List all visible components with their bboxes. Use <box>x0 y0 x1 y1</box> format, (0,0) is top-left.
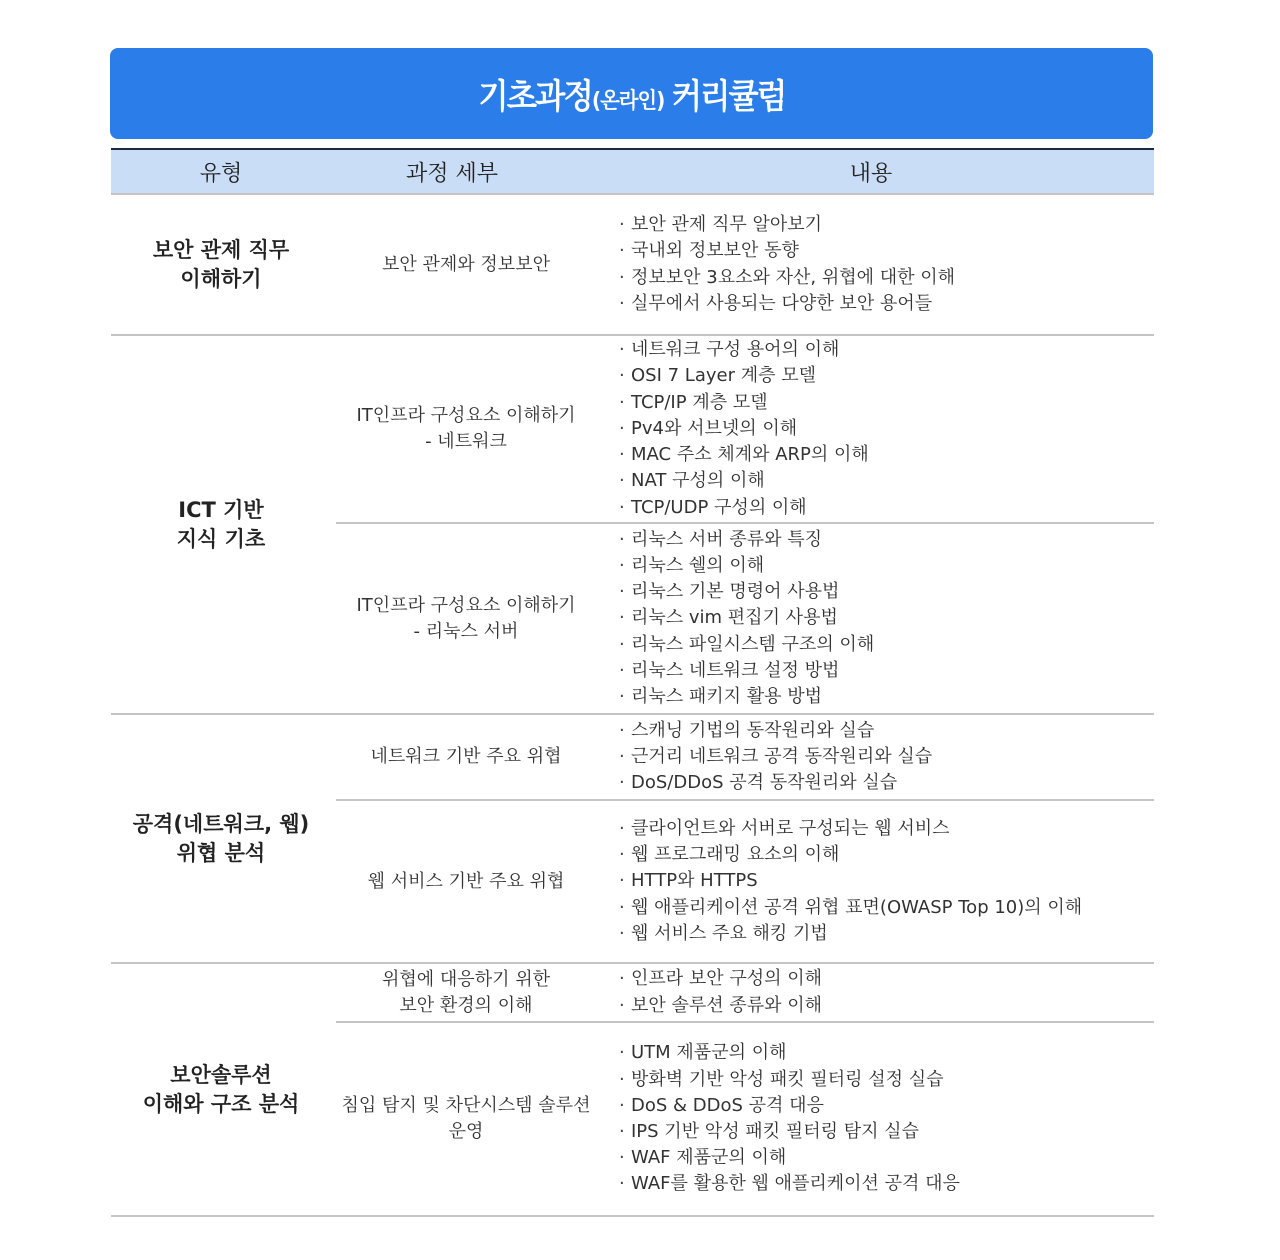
section-ict-basics: ICT 기반 지식 기초 IT인프라 구성요소 이해하기 - 네트워크 네트워크… <box>111 336 1154 715</box>
list-item: Pv4와 서브넷의 이해 <box>619 416 869 442</box>
subsection: 위협에 대응하기 위한 보안 환경의 이해 인프라 보안 구성의 이해 보안 솔… <box>336 964 1154 1023</box>
subsection: IT인프라 구성요소 이해하기 - 네트워크 네트워크 구성 용어의 이해 OS… <box>336 336 1154 524</box>
list-item: NAT 구성의 이해 <box>619 468 869 494</box>
section-attack-threat-analysis: 공격(네트워크, 웹) 위협 분석 네트워크 기반 주요 위협 스캐닝 기법의 … <box>111 715 1154 964</box>
content-list: 클라이언트와 서버로 구성되는 웹 서비스 웹 프로그래밍 요소의 이해 HTT… <box>619 801 1082 962</box>
course-detail: IT인프라 구성요소 이해하기 - 네트워크 <box>336 336 596 522</box>
list-item: 보안 솔루션 종류와 이해 <box>619 993 822 1019</box>
list-item: WAF 제품군의 이해 <box>619 1145 960 1171</box>
course-detail: 웹 서비스 기반 주요 위협 <box>336 801 596 962</box>
list-item: 정보보안 3요소와 자산, 위협에 대한 이해 <box>619 265 955 291</box>
course-detail: IT인프라 구성요소 이해하기 - 리눅스 서버 <box>336 524 596 713</box>
category-label: 보안 관제 직무 이해하기 <box>111 195 331 334</box>
page-title: 기초과정 (온라인) 커리큘럼 <box>478 69 785 118</box>
list-item: 리눅스 패키지 활용 방법 <box>619 684 874 710</box>
column-header-type: 유형 <box>200 156 243 187</box>
course-detail: 침입 탐지 및 차단시스템 솔루션 운영 <box>336 1023 596 1215</box>
subsection: 웹 서비스 기반 주요 위협 클라이언트와 서버로 구성되는 웹 서비스 웹 프… <box>336 801 1154 962</box>
list-item: OSI 7 Layer 계층 모델 <box>619 363 869 389</box>
content-list: 스캐닝 기법의 동작원리와 실습 근거리 네트워크 공격 동작원리와 실습 Do… <box>619 715 932 799</box>
table-header: 유형 과정 세부 내용 <box>111 148 1154 195</box>
content-list: 보안 관제 직무 알아보기 국내외 정보보안 동향 정보보안 3요소와 자산, … <box>619 195 955 334</box>
list-item: 보안 관제 직무 알아보기 <box>619 212 955 238</box>
list-item: 방화벽 기반 악성 패킷 필터링 설정 실습 <box>619 1067 960 1093</box>
course-detail: 보안 관제와 정보보안 <box>336 195 596 334</box>
title-sub: (온라인) <box>592 84 665 115</box>
list-item: WAF를 활용한 웹 애플리케이션 공격 대응 <box>619 1171 960 1197</box>
list-item: 클라이언트와 서버로 구성되는 웹 서비스 <box>619 816 1082 842</box>
list-item: 리눅스 기본 명령어 사용법 <box>619 579 874 605</box>
section-security-solutions: 보안솔루션 이해와 구조 분석 위협에 대응하기 위한 보안 환경의 이해 인프… <box>111 964 1154 1217</box>
list-item: TCP/UDP 구성의 이해 <box>619 495 869 521</box>
content-list: UTM 제품군의 이해 방화벽 기반 악성 패킷 필터링 설정 실습 DoS &… <box>619 1023 960 1215</box>
list-item: 네트워크 구성 용어의 이해 <box>619 337 869 363</box>
list-item: 리눅스 파일시스템 구조의 이해 <box>619 632 874 658</box>
category-label: 공격(네트워크, 웹) 위협 분석 <box>111 715 331 962</box>
category-label: ICT 기반 지식 기초 <box>111 336 331 713</box>
list-item: 국내외 정보보안 동향 <box>619 238 955 264</box>
category-label: 보안솔루션 이해와 구조 분석 <box>111 964 331 1215</box>
course-detail: 네트워크 기반 주요 위협 <box>336 715 596 799</box>
list-item: 웹 애플리케이션 공격 위협 표면(OWASP Top 10)의 이해 <box>619 895 1082 921</box>
list-item: 리눅스 쉘의 이해 <box>619 553 874 579</box>
course-detail: 위협에 대응하기 위한 보안 환경의 이해 <box>336 964 596 1021</box>
list-item: 리눅스 vim 편집기 사용법 <box>619 605 874 631</box>
list-item: DoS & DDoS 공격 대응 <box>619 1093 960 1119</box>
subsection: 보안 관제와 정보보안 보안 관제 직무 알아보기 국내외 정보보안 동향 정보… <box>336 195 1154 334</box>
list-item: 리눅스 네트워크 설정 방법 <box>619 658 874 684</box>
subsection: 네트워크 기반 주요 위협 스캐닝 기법의 동작원리와 실습 근거리 네트워크 … <box>336 715 1154 801</box>
subsection: IT인프라 구성요소 이해하기 - 리눅스 서버 리눅스 서버 종류와 특징 리… <box>336 524 1154 713</box>
curriculum-page: 기초과정 (온라인) 커리큘럼 유형 과정 세부 내용 보안 관제 직무 이해하… <box>0 0 1280 1260</box>
column-header-detail: 과정 세부 <box>406 156 498 187</box>
list-item: 근거리 네트워크 공격 동작원리와 실습 <box>619 744 932 770</box>
content-list: 네트워크 구성 용어의 이해 OSI 7 Layer 계층 모델 TCP/IP … <box>619 336 869 522</box>
column-header-content: 내용 <box>850 156 893 187</box>
list-item: 웹 프로그래밍 요소의 이해 <box>619 842 1082 868</box>
content-list: 리눅스 서버 종류와 특징 리눅스 쉘의 이해 리눅스 기본 명령어 사용법 리… <box>619 524 874 713</box>
title-main: 기초과정 <box>478 69 592 118</box>
list-item: 리눅스 서버 종류와 특징 <box>619 527 874 553</box>
subsection: 침입 탐지 및 차단시스템 솔루션 운영 UTM 제품군의 이해 방화벽 기반 … <box>336 1023 1154 1215</box>
curriculum-table: 유형 과정 세부 내용 보안 관제 직무 이해하기 보안 관제와 정보보안 보안… <box>111 148 1154 195</box>
list-item: 실무에서 사용되는 다양한 보안 용어들 <box>619 291 955 317</box>
list-item: 인프라 보안 구성의 이해 <box>619 966 822 992</box>
list-item: MAC 주소 체계와 ARP의 이해 <box>619 442 869 468</box>
title-banner: 기초과정 (온라인) 커리큘럼 <box>110 48 1153 139</box>
title-tail: 커리큘럼 <box>671 69 785 118</box>
content-list: 인프라 보안 구성의 이해 보안 솔루션 종류와 이해 <box>619 964 822 1021</box>
list-item: 웹 서비스 주요 해킹 기법 <box>619 921 1082 947</box>
list-item: DoS/DDoS 공격 동작원리와 실습 <box>619 770 932 796</box>
section-security-monitoring: 보안 관제 직무 이해하기 보안 관제와 정보보안 보안 관제 직무 알아보기 … <box>111 195 1154 336</box>
list-item: IPS 기반 악성 패킷 필터링 탐지 실습 <box>619 1119 960 1145</box>
list-item: 스캐닝 기법의 동작원리와 실습 <box>619 718 932 744</box>
list-item: UTM 제품군의 이해 <box>619 1040 960 1066</box>
list-item: TCP/IP 계층 모델 <box>619 390 869 416</box>
list-item: HTTP와 HTTPS <box>619 868 1082 894</box>
